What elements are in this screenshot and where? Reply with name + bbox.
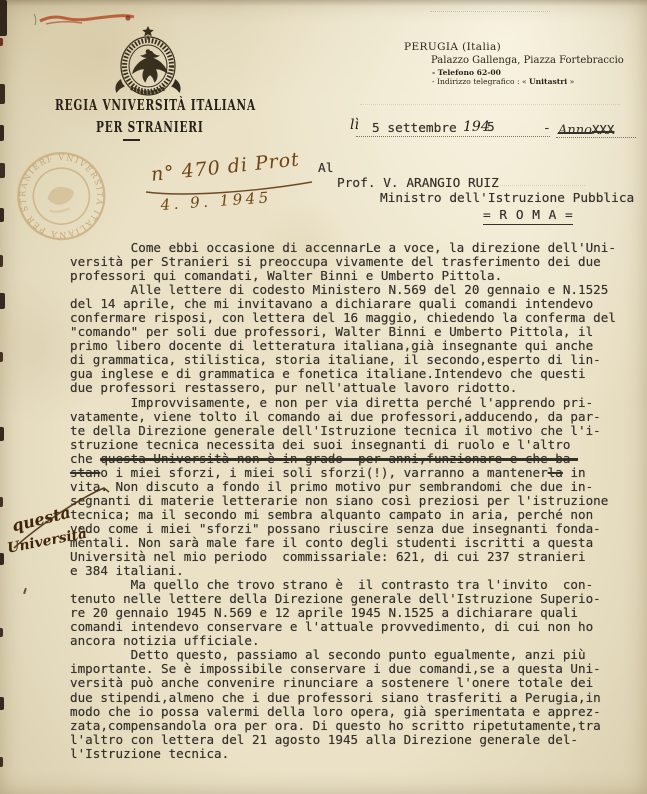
body-text-segment: in	[563, 465, 586, 480]
body-line: e 384 italiani.	[70, 564, 616, 578]
body-line: che questa Università non è in grado per…	[70, 452, 616, 466]
dateline-year-typed: 5	[487, 120, 495, 135]
body-text-segment: Come ebbi occasione di accennarLe a voce…	[70, 240, 616, 255]
scan-edge-mark	[0, 427, 4, 441]
fold-mark	[360, 104, 620, 105]
telegraph-prefix: - Indirizzo telegrafico : «	[432, 77, 529, 86]
scan-edge-mark	[0, 757, 3, 767]
era-printed: Anno	[558, 123, 592, 138]
body-text-segment: comandi intendevo conservare e l'attuale…	[70, 619, 593, 634]
body-line: versità per Stranieri si preoccupa vivam…	[70, 255, 616, 269]
body-line: confermare risposi, con lettera del 16 m…	[70, 311, 616, 325]
body-text-segment: due professori restassero, pur nell'attu…	[70, 380, 517, 395]
body-text-segment: Detto questo, passiamo al secondo punto …	[70, 647, 586, 662]
body-line: l'altro con lettera del 21 agosto 1945 a…	[70, 733, 616, 747]
dateline-year-printed: 194	[463, 119, 490, 135]
body-line: "comando" per soli due professori, Walte…	[70, 325, 616, 339]
body-line: tecnica; ma il secondo mi sembra alquant…	[70, 508, 616, 522]
body-text-segment: Alle lettere di codesto Ministero N.569 …	[70, 282, 608, 297]
body-line: mentali. Non sarà male fare il conto deg…	[70, 536, 616, 550]
body-text-segment: tecnica; ma il secondo mi sembra alquant…	[70, 507, 593, 522]
body-text-segment: due stipendi,almeno che i due professori…	[70, 690, 601, 705]
letterhead-street: Palazzo Gallenga, Piazza Fortebraccio	[431, 55, 624, 66]
body-line: modo che io possa valermi della loro ope…	[70, 705, 616, 719]
body-text-segment: struzione tecnica necessita dei suoi ins…	[70, 437, 570, 452]
body-text-segment: ancora notizia ufficiale.	[70, 633, 260, 648]
body-text-segment: primo libero docente di letteratura ital…	[70, 338, 593, 353]
letter-body: Come ebbi occasione di accennarLe a voce…	[70, 241, 616, 761]
body-text-segment: segnanti di materie letterarie non siano…	[70, 493, 608, 508]
body-text-segment: vatamente, viene tolto il comando ai due…	[70, 409, 601, 424]
body-line: Ma quello che trovo strano è il contrast…	[70, 578, 616, 592]
recipient-city: = R O M A =	[483, 208, 573, 223]
crest-star-icon	[142, 26, 154, 36]
stamp-griffin-icon	[45, 183, 76, 208]
body-text-segment: versità può anche convenire rinunciare a…	[70, 675, 593, 690]
letterhead-telegraph: - Indirizzo telegrafico : « Unitastri »	[432, 77, 574, 86]
letterhead-phone: - Telefono 62-00	[432, 68, 501, 77]
scan-edge-mark	[0, 628, 3, 637]
scanned-letter-page: REGIA VNIVERSITÀ ITALIANA PER STRANIERI …	[0, 0, 647, 794]
body-text-segment: professori qui comandati, Walter Binni e…	[70, 268, 502, 283]
body-line: re 20 gennaio 1945 N.569 e 12 aprile 194…	[70, 606, 616, 620]
body-text-segment: o i miei sforzi, i miei soli sforzi(!), …	[100, 465, 547, 480]
body-text-segment: te della Direzione generale dell'Istruzi…	[70, 423, 601, 438]
scan-edge-mark	[0, 84, 5, 104]
body-line: Detto questo, passiamo al secondo punto …	[70, 648, 616, 662]
recipient-city-text: = R O M A =	[483, 208, 573, 225]
body-line: Alle lettere di codesto Ministero N.569 …	[70, 283, 616, 297]
body-text-segment: vita. Non discuto a fondo il primo motiv…	[70, 479, 593, 494]
telegraph-suffix: »	[567, 77, 574, 86]
body-line: due professori restassero, pur nell'attu…	[70, 381, 616, 395]
scan-edge-mark	[0, 125, 4, 141]
body-line: vita. Non discuto a fondo il primo motiv…	[70, 480, 616, 494]
body-line: primo libero docente di letteratura ital…	[70, 339, 616, 353]
body-line: versità può anche convenire rinunciare a…	[70, 676, 616, 690]
scan-edge-mark	[0, 255, 3, 267]
struck-text: questa Università non è in grado per ann…	[100, 451, 578, 466]
crest-eagle-icon	[132, 51, 168, 83]
recipient-name: Prof. V. ARANGIO RUIZ	[337, 176, 499, 191]
body-text-segment: gua inglese e di grammatica e fonetica i…	[70, 366, 586, 381]
fold-mark	[430, 11, 550, 12]
scan-edge-mark	[0, 208, 4, 222]
body-line: tenuto nelle lettere della Direzione gen…	[70, 592, 616, 606]
body-text-segment: "comando" per soli due professori, Walte…	[70, 324, 593, 339]
body-text-segment: che	[70, 451, 100, 466]
letterhead-rule	[123, 139, 140, 141]
body-line: segnanti di materie letterarie non siano…	[70, 494, 616, 508]
body-line: gua inglese e di grammatica e fonetica i…	[70, 367, 616, 381]
body-line: Università nel mio periodo commissariale…	[70, 550, 616, 564]
body-line: di grammatica, stilistica, storia italia…	[70, 353, 616, 367]
recipient-salutation: Al	[318, 161, 333, 176]
body-text-segment: zata,compensandola ora per ora. Di quest…	[70, 718, 601, 733]
body-text-segment: vedo come i miei "sforzi" possano riusci…	[70, 521, 601, 536]
body-line: professori qui comandati, Walter Binni e…	[70, 269, 616, 283]
dateline-daymonth: 5 settembre	[372, 121, 457, 136]
letterhead-city: PERUGIA (Italia)	[404, 41, 501, 53]
body-text-segment: tenuto nelle lettere della Direzione gen…	[70, 591, 601, 606]
scan-edge-mark	[0, 293, 5, 309]
margin-note-arrow-stroke	[0, 478, 120, 558]
body-line: del 14 aprile, che mi invitavano a dichi…	[70, 297, 616, 311]
body-line: Improvvisamente, e non per via diretta p…	[70, 396, 616, 410]
telegraph-name: Unitastri	[529, 77, 567, 86]
body-line: l'Istruzione tecnica.	[70, 747, 616, 761]
body-line: ancora notizia ufficiale.	[70, 634, 616, 648]
body-line: vatamente, viene tolto il comando ai due…	[70, 410, 616, 424]
body-line: importante. Se è impossibile conservare …	[70, 662, 616, 676]
university-crest	[108, 24, 188, 100]
body-text-segment: l'Istruzione tecnica.	[70, 746, 229, 761]
university-name-line1: REGIA VNIVERSITÀ ITALIANA	[55, 96, 256, 114]
struck-text: la	[548, 465, 563, 480]
scan-edge-mark	[0, 38, 3, 46]
dateline-dotted-rule	[356, 136, 550, 137]
body-text-segment: Ma quello che trovo strano è il contrast…	[70, 577, 593, 592]
dateline-dotted-rule	[556, 137, 636, 138]
body-text-segment: modo che io possa valermi della loro ope…	[70, 704, 601, 719]
ink-tick	[23, 588, 27, 594]
body-line: comandi intendevo conservare e l'attuale…	[70, 620, 616, 634]
preprinted-dots	[500, 185, 585, 186]
body-text-segment: Università nel mio periodo commissariale…	[70, 549, 586, 564]
body-text-segment: Improvvisamente, e non per via diretta p…	[70, 395, 593, 410]
body-text-segment: confermare risposi, con lettera del 16 m…	[70, 310, 616, 325]
body-line: struzione tecnica necessita dei suoi ins…	[70, 438, 616, 452]
scan-edge-mark	[0, 352, 3, 362]
university-name-line2: PER STRANIERI	[96, 118, 204, 136]
body-line: Come ebbi occasione di accennarLe a voce…	[70, 241, 616, 255]
body-line: te della Direzione generale dell'Istruzi…	[70, 424, 616, 438]
body-text-segment: importante. Se è impossibile conservare …	[70, 661, 601, 676]
body-text-segment: del 14 aprile, che mi invitavano a dichi…	[70, 296, 593, 311]
dateline-li: lì	[350, 117, 359, 133]
body-text-segment: mentali. Non sarà male fare il conto deg…	[70, 535, 593, 550]
recipient-title: Ministro dell'Istruzione Pubblica	[380, 191, 634, 206]
dateline-separator: -	[543, 121, 551, 136]
body-line: stano i miei sforzi, i miei soli sforzi(…	[70, 466, 616, 480]
body-text-segment: e 384 italiani.	[70, 563, 184, 578]
body-line: vedo come i miei "sforzi" possano riusci…	[70, 522, 616, 536]
body-text-segment: re 20 gennaio 1945 N.569 e 12 aprile 194…	[70, 605, 578, 620]
era-typed: XXX	[592, 122, 614, 137]
body-line: zata,compensandola ora per ora. Di quest…	[70, 719, 616, 733]
scan-edge-mark	[0, 697, 4, 710]
body-text-segment: l'altro con lettera del 21 agosto 1945 a…	[70, 732, 578, 747]
body-line: due stipendi,almeno che i due professori…	[70, 691, 616, 705]
scan-edge-mark	[0, 0, 7, 36]
body-text-segment: di grammatica, stilistica, storia italia…	[70, 352, 601, 367]
body-text-segment: versità per Stranieri si preoccupa vivam…	[70, 254, 601, 269]
dateline-era-struck: AnnoXXX	[558, 119, 614, 138]
